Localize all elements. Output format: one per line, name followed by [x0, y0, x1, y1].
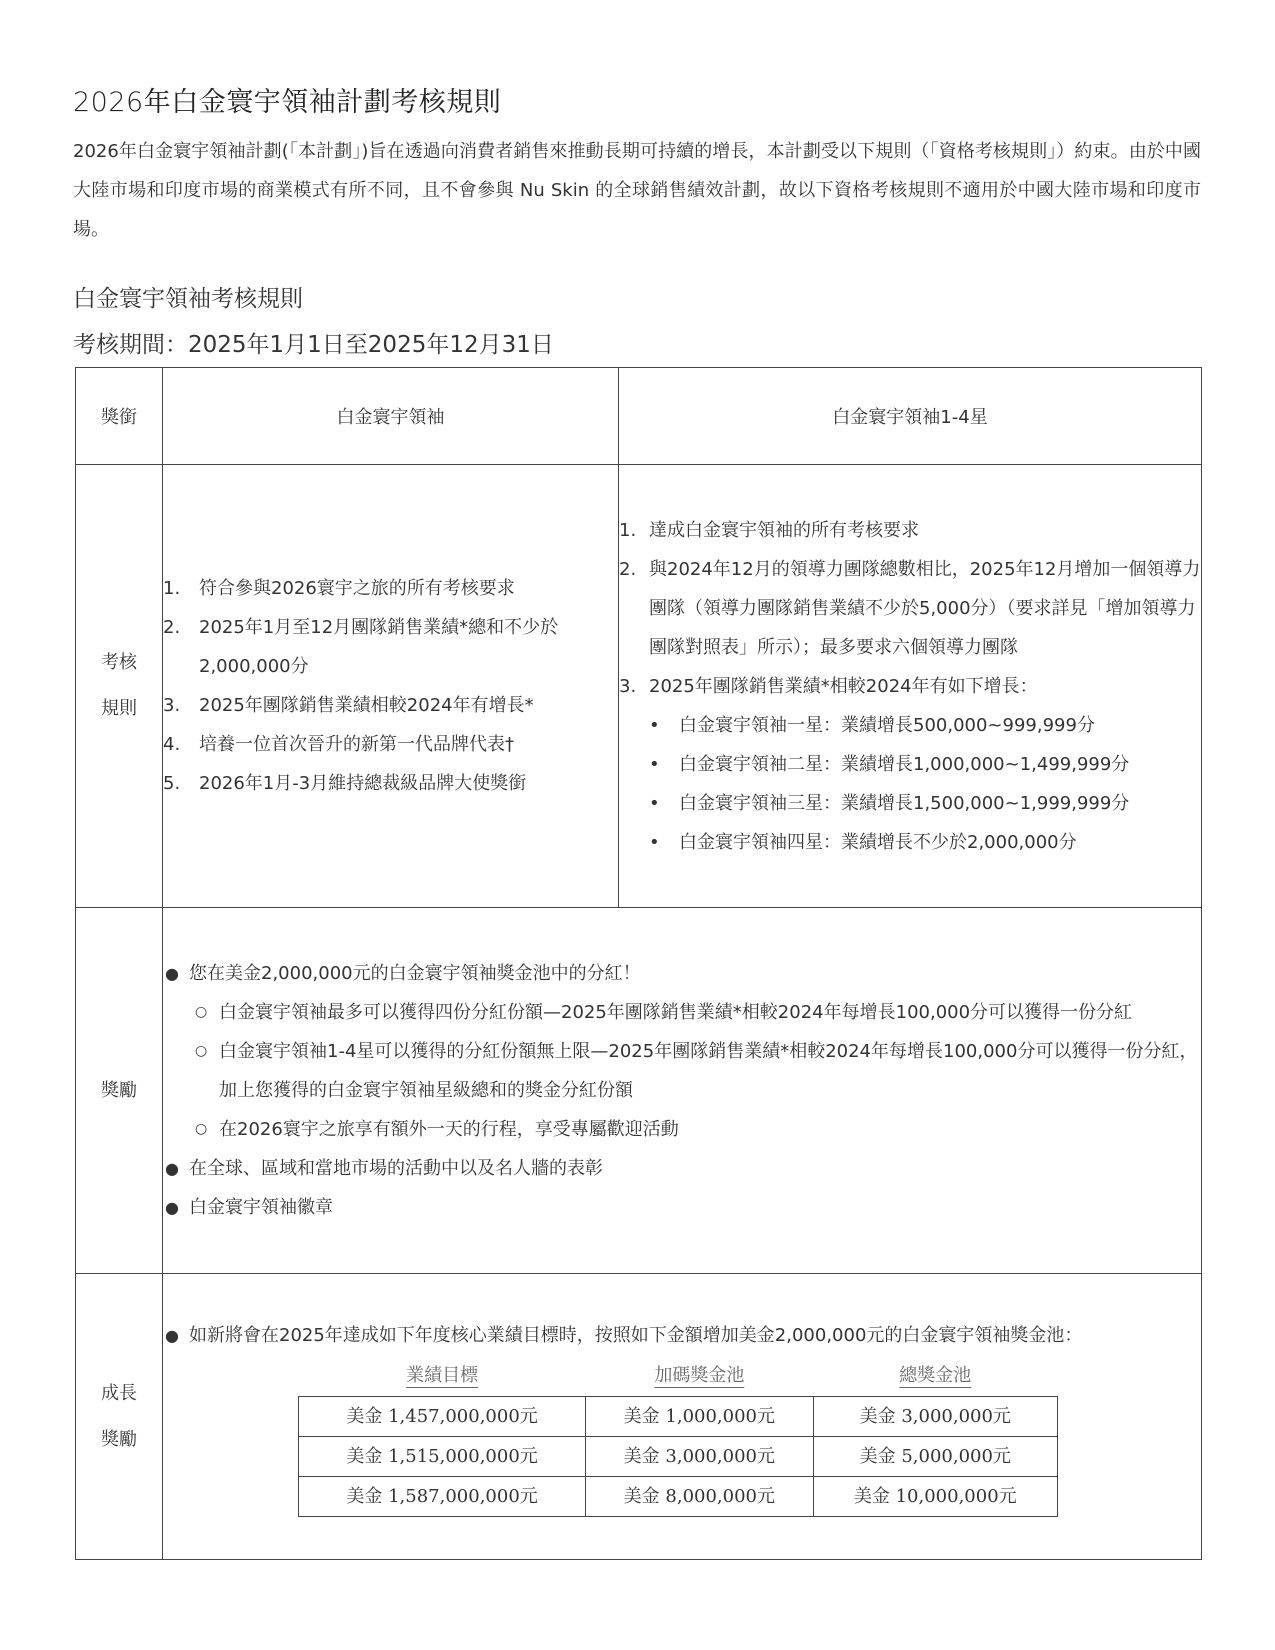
circle-bullet-icon: ○: [195, 1110, 207, 1149]
star-level-item: •白金寰宇領袖三星：業績增長1,500,000~1,999,999分: [619, 784, 1201, 823]
bullet-icon: •: [649, 823, 660, 862]
pool-cell: 美金 8,000,000元: [586, 1477, 813, 1517]
growth-list: ●如新將會在2025年達成如下年度核心業績目標時，按照如下金額增加美金2,000…: [163, 1316, 1201, 1355]
pool-header-row: 業績目標 加碼獎金池 總獎金池: [299, 1355, 1058, 1397]
bullet-icon: ●: [165, 954, 179, 993]
pool-cell: 美金 5,000,000元: [813, 1437, 1057, 1477]
star-level-item: •白金寰宇領袖一星：業績增長500,000~999,999分: [619, 706, 1201, 745]
bullet-icon: ●: [165, 1188, 179, 1227]
bullet-icon: ●: [165, 1149, 179, 1188]
star-level-item: •白金寰宇領袖四星：業績增長不少於2,000,000分: [619, 823, 1201, 862]
pool-header-target: 業績目標: [299, 1355, 586, 1397]
reward-label: 獎勵: [76, 908, 163, 1274]
reward-row: 獎勵 ● 您在美金2,000,000元的白金寰宇領袖獎金池中的分紅！ ○白金寰宇…: [76, 908, 1202, 1274]
document-title: 2026年白金寰宇領袖計劃考核規則: [73, 84, 1201, 122]
bullet-icon: •: [649, 745, 660, 784]
list-item: 1.符合參與2026寰宇之旅的所有考核要求: [163, 569, 618, 608]
rules-row: 考核 規則 1.符合參與2026寰宇之旅的所有考核要求 2.2025年1月至12…: [76, 465, 1202, 908]
growth-reward-content: ●如新將會在2025年達成如下年度核心業績目標時，按照如下金額增加美金2,000…: [163, 1274, 1202, 1560]
header-platinum-leader: 白金寰宇領袖: [163, 368, 619, 465]
list-item: ●在全球、區域和當地市場的活動中以及名人牆的表彰: [163, 1149, 1201, 1188]
table-row: 美金 1,515,000,000元 美金 3,000,000元 美金 5,000…: [299, 1437, 1058, 1477]
platinum-leader-rules-list: 1.符合參與2026寰宇之旅的所有考核要求 2.2025年1月至12月團隊銷售業…: [163, 569, 618, 803]
list-item: ○白金寰宇領袖最多可以獲得四份分紅份額—2025年團隊銷售業績*相較2024年每…: [189, 993, 1201, 1032]
list-item: ○白金寰宇領袖1-4星可以獲得的分紅份額無上限—2025年團隊銷售業績*相較20…: [189, 1032, 1201, 1110]
reward-sublist: ○白金寰宇領袖最多可以獲得四份分紅份額—2025年團隊銷售業績*相較2024年每…: [189, 993, 1201, 1149]
bullet-icon: •: [649, 706, 660, 745]
list-item: ● 您在美金2,000,000元的白金寰宇領袖獎金池中的分紅！ ○白金寰宇領袖最…: [163, 954, 1201, 1149]
circle-bullet-icon: ○: [195, 993, 207, 1032]
platinum-leader-stars-rules: 1.達成白金寰宇領袖的所有考核要求 2.與2024年12月的領導力團隊總數相比，…: [619, 465, 1202, 908]
list-item: 3.2025年團隊銷售業績*相較2024年有如下增長：: [619, 667, 1201, 706]
rules-table: 獎銜 白金寰宇領袖 白金寰宇領袖1-4星 考核 規則 1.符合參與2026寰宇之…: [75, 367, 1202, 1560]
document-page: 2026年白金寰宇領袖計劃考核規則 2026年白金寰宇領袖計劃(「本計劃」)旨在…: [73, 84, 1201, 365]
pool-header-total: 總獎金池: [813, 1355, 1057, 1397]
bonus-pool-table: 業績目標 加碼獎金池 總獎金池 美金 1,457,000,000元 美金 1,0…: [298, 1355, 1058, 1517]
reward-list: ● 您在美金2,000,000元的白金寰宇領袖獎金池中的分紅！ ○白金寰宇領袖最…: [163, 954, 1201, 1227]
header-platinum-leader-stars: 白金寰宇領袖1-4星: [619, 368, 1202, 465]
growth-reward-row: 成長 獎勵 ●如新將會在2025年達成如下年度核心業績目標時，按照如下金額增加美…: [76, 1274, 1202, 1560]
assessment-period: 考核期間：2025年1月1日至2025年12月31日: [73, 325, 1201, 365]
list-item: ●如新將會在2025年達成如下年度核心業績目標時，按照如下金額增加美金2,000…: [163, 1316, 1201, 1355]
pool-cell: 美金 1,587,000,000元: [299, 1477, 586, 1517]
reward-content: ● 您在美金2,000,000元的白金寰宇領袖獎金池中的分紅！ ○白金寰宇領袖最…: [163, 908, 1202, 1274]
star-levels-list: •白金寰宇領袖一星：業績增長500,000~999,999分 •白金寰宇領袖二星…: [619, 706, 1201, 862]
pool-cell: 美金 1,000,000元: [586, 1397, 813, 1437]
bullet-icon: •: [649, 784, 660, 823]
list-item: 2.與2024年12月的領導力團隊總數相比，2025年12月增加一個領導力團隊（…: [619, 550, 1201, 667]
table-row: 美金 1,587,000,000元 美金 8,000,000元 美金 10,00…: [299, 1477, 1058, 1517]
list-item: ●白金寰宇領袖徽章: [163, 1188, 1201, 1227]
rules-label: 考核 規則: [76, 465, 163, 908]
intro-paragraph: 2026年白金寰宇領袖計劃(「本計劃」)旨在透過向消費者銷售來推動長期可持續的增…: [73, 132, 1201, 249]
list-item: ○在2026寰宇之旅享有額外一天的行程，享受專屬歡迎活動: [189, 1110, 1201, 1149]
pool-cell: 美金 10,000,000元: [813, 1477, 1057, 1517]
pool-cell: 美金 1,457,000,000元: [299, 1397, 586, 1437]
section-title: 白金寰宇領袖考核規則: [73, 279, 1201, 319]
platinum-leader-rules: 1.符合參與2026寰宇之旅的所有考核要求 2.2025年1月至12月團隊銷售業…: [163, 465, 619, 908]
list-item: 4.培養一位首次晉升的新第一代品牌代表†: [163, 725, 618, 764]
header-label: 獎銜: [76, 368, 163, 465]
growth-label-line1: 成長: [76, 1371, 162, 1417]
stars-rules-list: 1.達成白金寰宇領袖的所有考核要求 2.與2024年12月的領導力團隊總數相比，…: [619, 511, 1201, 706]
list-item: 3.2025年團隊銷售業績相較2024年有增長*: [163, 686, 618, 725]
star-level-item: •白金寰宇領袖二星：業績增長1,000,000~1,499,999分: [619, 745, 1201, 784]
header-row: 獎銜 白金寰宇領袖 白金寰宇領袖1-4星: [76, 368, 1202, 465]
list-item: 1.達成白金寰宇領袖的所有考核要求: [619, 511, 1201, 550]
rules-label-line2: 規則: [76, 686, 162, 732]
growth-reward-label: 成長 獎勵: [76, 1274, 163, 1560]
pool-cell: 美金 1,515,000,000元: [299, 1437, 586, 1477]
growth-label-line2: 獎勵: [76, 1417, 162, 1463]
pool-header-extra: 加碼獎金池: [586, 1355, 813, 1397]
pool-cell: 美金 3,000,000元: [586, 1437, 813, 1477]
list-item: 5.2026年1月-3月維持總裁級品牌大使獎銜: [163, 764, 618, 803]
rules-label-line1: 考核: [76, 640, 162, 686]
bullet-icon: ●: [165, 1316, 179, 1355]
list-item: 2.2025年1月至12月團隊銷售業績*總和不少於2,000,000分: [163, 608, 618, 686]
circle-bullet-icon: ○: [195, 1032, 207, 1071]
pool-cell: 美金 3,000,000元: [813, 1397, 1057, 1437]
table-row: 美金 1,457,000,000元 美金 1,000,000元 美金 3,000…: [299, 1397, 1058, 1437]
